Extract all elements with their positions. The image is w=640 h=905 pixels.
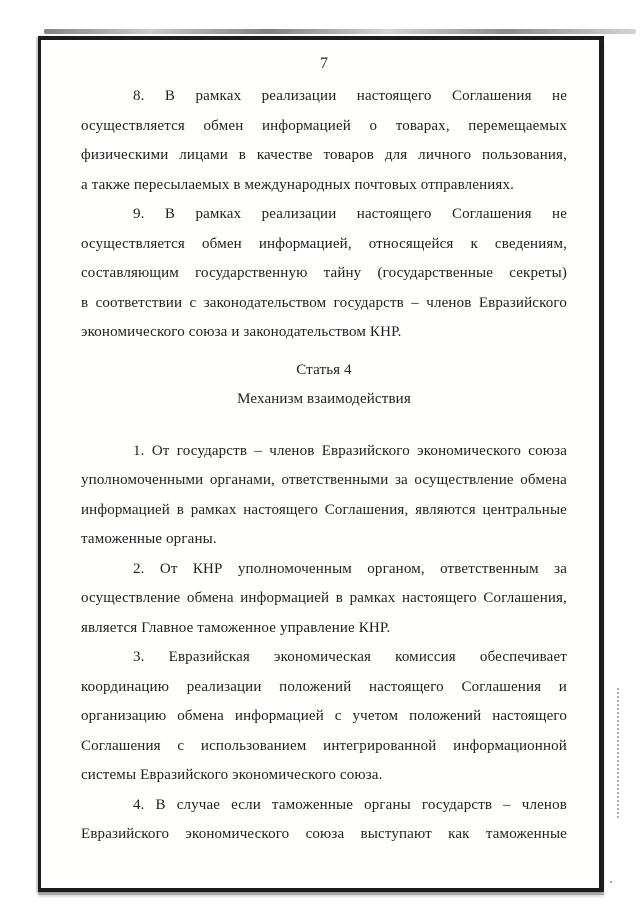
text-line: координацию реализации положений настоящ… bbox=[81, 673, 567, 703]
text-line: 1. От государств – членов Евразийского э… bbox=[81, 437, 567, 467]
text-line: в соответствии с законодательством госуд… bbox=[81, 289, 567, 319]
scan-streak-artifact bbox=[44, 29, 636, 34]
paragraph-2: 2. От КНР уполномоченным органом, ответс… bbox=[81, 555, 567, 644]
text-line: информацией в рамках настоящего Соглашен… bbox=[81, 496, 567, 526]
text-line: 8. В рамках реализации настоящего Соглаш… bbox=[81, 82, 567, 112]
text-line: таможенные органы. bbox=[81, 525, 567, 555]
page-number: 7 bbox=[81, 52, 567, 76]
paragraph-8: 8. В рамках реализации настоящего Соглаш… bbox=[81, 82, 567, 200]
paragraph-9: 9. В рамках реализации настоящего Соглаш… bbox=[81, 200, 567, 348]
text-line: организацию обмена информацией с учетом … bbox=[81, 702, 567, 732]
text-line: Евразийского экономического союза выступ… bbox=[81, 820, 567, 850]
text-line: осуществляется обмен информацией о товар… bbox=[81, 112, 567, 142]
text-line: физическими лицами в качестве товаров дл… bbox=[81, 141, 567, 171]
text-line: 9. В рамках реализации настоящего Соглаш… bbox=[81, 200, 567, 230]
article-title: Механизм взаимодействия bbox=[81, 385, 567, 415]
paragraph-4: 4. В случае если таможенные органы госуд… bbox=[81, 791, 567, 850]
text-line: 2. От КНР уполномоченным органом, ответс… bbox=[81, 555, 567, 585]
scan-speck-artifact bbox=[610, 881, 612, 883]
text-line: Соглашения с использованием интегрирован… bbox=[81, 732, 567, 762]
text-line: системы Евразийского экономического союз… bbox=[81, 761, 567, 791]
text-line: осуществляется обмен информацией, относя… bbox=[81, 230, 567, 260]
text-line: является Главное таможенное управление К… bbox=[81, 614, 567, 644]
text-line: уполномоченными органами, ответственными… bbox=[81, 466, 567, 496]
scanned-document: 7 8. В рамках реализации настоящего Согл… bbox=[0, 0, 640, 905]
page-frame: 7 8. В рамках реализации настоящего Согл… bbox=[38, 36, 604, 892]
text-line: а также пересылаемых в международных поч… bbox=[81, 171, 567, 201]
text-line: 3. Евразийская экономическая комиссия об… bbox=[81, 643, 567, 673]
paragraph-3: 3. Евразийская экономическая комиссия об… bbox=[81, 643, 567, 791]
text-line: экономического союза и законодательством… bbox=[81, 318, 567, 348]
article-heading: Статья 4 bbox=[81, 356, 567, 386]
text-line: составляющим государственную тайну (госу… bbox=[81, 259, 567, 289]
scan-dotted-line-artifact bbox=[617, 688, 619, 818]
text-line: 4. В случае если таможенные органы госуд… bbox=[81, 791, 567, 821]
text-line: осуществление обмена информацией в рамка… bbox=[81, 584, 567, 614]
paragraph-1: 1. От государств – членов Евразийского э… bbox=[81, 437, 567, 555]
